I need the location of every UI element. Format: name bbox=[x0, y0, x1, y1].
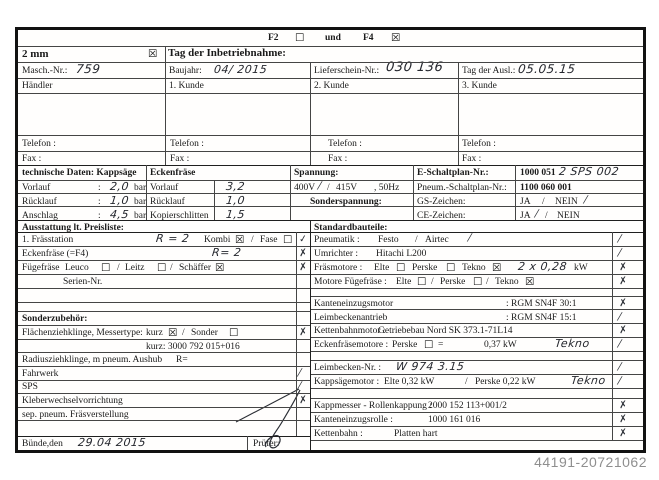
kleberwechsel-row-mark: ✗ bbox=[298, 394, 308, 406]
grid-line bbox=[165, 46, 166, 165]
kunde2-label: 2. Kunde bbox=[314, 80, 349, 93]
grid-line bbox=[18, 325, 310, 326]
f2-label: F2 bbox=[268, 32, 279, 45]
baujahr-label: Baujahr: bbox=[169, 65, 202, 78]
telefon-label: Telefon : bbox=[328, 138, 362, 151]
leimbecken-nr-handwritten: W 974 3.15 bbox=[395, 361, 465, 373]
ort-datum-label: Bünde,den bbox=[22, 438, 63, 451]
tekno-checkbox: ☒ bbox=[492, 262, 501, 274]
leimbeckenantrieb-row-mark: ⁄ bbox=[618, 312, 621, 323]
leimbecken-nr-row-mark: ⁄ bbox=[618, 362, 621, 373]
gs-nein: NEIN bbox=[555, 196, 578, 209]
ce-slash: / bbox=[545, 210, 548, 223]
grid-line bbox=[18, 302, 310, 303]
eckenfraesemotore-row-mark: ⁄ bbox=[618, 339, 621, 350]
motore-fuegefraese-row-mark: ✗ bbox=[618, 275, 628, 287]
f2-checkbox: ☐ bbox=[295, 32, 304, 44]
ce-check-mark: ⁄ bbox=[535, 209, 538, 220]
grid-line bbox=[310, 374, 643, 375]
grid-line bbox=[18, 366, 310, 367]
kurz-checkbox: ☒ bbox=[168, 327, 177, 339]
datum-value: 29.04 2015 bbox=[77, 437, 146, 449]
kappsaege-header: technische Daten: Kappsäge bbox=[22, 167, 137, 180]
grid-line bbox=[310, 260, 643, 261]
grid-line bbox=[18, 274, 310, 275]
grid-line bbox=[310, 440, 643, 441]
grid-line bbox=[18, 393, 310, 394]
telefon-label: Telefon : bbox=[22, 138, 56, 151]
tekno-checkbox: ☒ bbox=[525, 276, 534, 288]
mm-checkbox: ☒ bbox=[148, 48, 157, 60]
grid-line bbox=[310, 351, 643, 352]
grid-line bbox=[310, 412, 643, 413]
grid-line bbox=[18, 232, 643, 233]
haendler-label: Händler bbox=[22, 80, 53, 93]
grid-line bbox=[18, 352, 310, 353]
grid-line bbox=[247, 436, 248, 450]
perske-checkbox: ☐ bbox=[473, 276, 482, 288]
grid-line bbox=[18, 180, 643, 181]
kopierschlitten-label: Kopierschlitten bbox=[150, 210, 209, 223]
sonderspannung-label: Sonderspannung: bbox=[310, 196, 382, 209]
telefon-label: Telefon : bbox=[170, 138, 204, 151]
perske-checkbox: ☐ bbox=[424, 339, 433, 351]
grid-line bbox=[18, 311, 310, 312]
sonder-checkbox: ☐ bbox=[229, 327, 238, 339]
grid-line bbox=[310, 360, 643, 361]
vorlauf-value: 2,0 bbox=[109, 181, 129, 193]
grid-line bbox=[310, 220, 311, 450]
kappsaegemotor-row-mark: ⁄ bbox=[618, 376, 621, 387]
inbetriebnahme-label: Tag der Inbetriebnahme: bbox=[168, 46, 286, 60]
grid-line bbox=[18, 246, 310, 247]
gs-ja: JA bbox=[520, 196, 531, 209]
grid-line bbox=[18, 420, 310, 421]
elte-checkbox: ☐ bbox=[396, 262, 405, 274]
ausl-label: Tag der Ausl.: bbox=[462, 65, 515, 78]
eschaltplan-value-handwritten: 2 SPS 002 bbox=[558, 166, 619, 178]
eckenfraesemotore-tekno-handwritten: Tekno bbox=[554, 338, 590, 350]
grid-line bbox=[18, 220, 643, 221]
fahrwerk-row-mark: ⁄ bbox=[298, 368, 301, 379]
grid-line bbox=[290, 165, 291, 220]
grid-line bbox=[18, 46, 643, 47]
grid-line bbox=[310, 337, 643, 338]
grid-line bbox=[413, 165, 414, 220]
kunde3-label: 3. Kunde bbox=[462, 80, 497, 93]
grid-line bbox=[18, 288, 310, 289]
eck-ruecklauf-label: Rücklauf bbox=[150, 196, 185, 209]
fraesstation-r-value: R = 2 bbox=[155, 233, 190, 245]
gs-slash: / bbox=[542, 196, 545, 209]
schaeffer-checkbox: ☒ bbox=[215, 262, 224, 274]
f4-label: F4 bbox=[363, 32, 374, 45]
bar-unit: bar bbox=[134, 210, 146, 223]
grid-line bbox=[18, 260, 310, 261]
eckenfraese-r-value: R= 2 bbox=[211, 247, 242, 259]
kunde1-label: 1. Kunde bbox=[169, 80, 204, 93]
grid-line bbox=[18, 193, 643, 194]
ruecklauf-label: Rücklauf bbox=[22, 196, 57, 209]
gs-check-mark: ⁄ bbox=[584, 195, 587, 206]
masch-nr-value: 759 bbox=[75, 63, 101, 75]
grid-line bbox=[18, 151, 643, 152]
ce-zeichen-label: CE-Zeichen: bbox=[417, 210, 466, 223]
grid-line bbox=[18, 93, 643, 94]
grid-line bbox=[310, 288, 643, 289]
umrichter-row-mark: ⁄ bbox=[618, 248, 621, 259]
eckenfraese-row-mark: ✗ bbox=[298, 247, 308, 259]
fase-checkbox: ☐ bbox=[283, 234, 292, 246]
spannung-check-mark: ⁄ bbox=[318, 181, 321, 192]
pruefer-label: Prüfer: bbox=[253, 438, 279, 451]
machine-data-form: F2 ☐ und F4 ☒ 2 mm ☒ Tag der Inbetriebna… bbox=[15, 27, 646, 453]
fraesstation-row-mark: ✓ bbox=[298, 233, 308, 245]
ce-ja: JA bbox=[520, 210, 531, 223]
grid-line bbox=[18, 206, 643, 207]
grid-line bbox=[18, 135, 643, 136]
grid-line bbox=[515, 165, 516, 220]
pneumatik-row-mark: ⁄ bbox=[618, 234, 621, 245]
lieferschein-value: 030 136 bbox=[385, 62, 444, 74]
grid-line bbox=[310, 246, 643, 247]
ce-nein: NEIN bbox=[557, 210, 580, 223]
grid-line bbox=[18, 436, 310, 437]
grid-line bbox=[18, 62, 643, 63]
spannung-header: Spannung: bbox=[294, 167, 338, 180]
fuegefraese-row-mark: ✗ bbox=[298, 261, 308, 273]
kettenbahn-row-mark: ✗ bbox=[618, 427, 628, 439]
kappsaegemotor-tekno-handwritten: Tekno bbox=[570, 375, 606, 387]
f4-checkbox: ☒ bbox=[391, 32, 400, 44]
grid-line bbox=[310, 426, 643, 427]
grid-line bbox=[310, 309, 643, 310]
telefon-label: Telefon : bbox=[462, 138, 496, 151]
mm-label: 2 mm bbox=[22, 47, 49, 61]
grid-line bbox=[310, 296, 643, 297]
masch-nr-label: Masch.-Nr.: bbox=[22, 65, 67, 78]
sps-row-mark: ⁄ bbox=[298, 381, 301, 392]
grid-line bbox=[310, 388, 643, 389]
grid-line bbox=[18, 78, 643, 79]
fraesmotore-row-mark: ✗ bbox=[618, 261, 628, 273]
eck-vorlauf-value: 3,2 bbox=[225, 181, 245, 193]
scanned-form-page: ⚙ F2 ☐ und F4 ☒ 2 mm ☒ Tag der Inbetrieb… bbox=[0, 0, 659, 480]
grid-line bbox=[18, 165, 643, 166]
elte-checkbox: ☐ bbox=[417, 276, 426, 288]
baujahr-value: 04/ 2015 bbox=[213, 64, 267, 76]
grid-line bbox=[18, 339, 310, 340]
grid-line bbox=[214, 180, 215, 220]
kappmesser-row-mark: ✗ bbox=[618, 399, 628, 411]
bar-unit: bar bbox=[134, 196, 146, 209]
grid-line bbox=[310, 274, 643, 275]
grid-line bbox=[458, 62, 459, 165]
eckenfraese-header: Eckenfräse bbox=[150, 167, 195, 180]
lieferschein-label: Lieferschein-Nr.: bbox=[314, 65, 379, 78]
grid-line bbox=[310, 323, 643, 324]
grid-line bbox=[146, 165, 147, 220]
grid-line bbox=[310, 398, 643, 399]
grid-line bbox=[18, 407, 310, 408]
kombi-checkbox: ☒ bbox=[235, 234, 244, 246]
kanteneinzugsrolle-row-mark: ✗ bbox=[618, 413, 628, 425]
colon: : bbox=[98, 196, 101, 209]
leuco-checkbox: ☐ bbox=[101, 262, 110, 274]
fraesmotore-kw-handwritten: 2 x 0,28 bbox=[517, 261, 567, 273]
grid-line bbox=[310, 62, 311, 165]
kettenbahnmotor-row-mark: ✗ bbox=[618, 324, 628, 336]
leitz-checkbox: ☐ bbox=[157, 262, 166, 274]
flaechenziehklinge-row-mark: ✗ bbox=[298, 326, 308, 338]
ausl-value: 05.05.15 bbox=[517, 63, 576, 75]
listing-id-code: 44191-20721062 bbox=[534, 454, 647, 470]
grid-line bbox=[18, 380, 310, 381]
und-label: und bbox=[325, 32, 341, 45]
kanteneinzugsmotor-row-mark: ✗ bbox=[618, 297, 628, 309]
grid-line bbox=[612, 232, 613, 440]
perske-checkbox: ☐ bbox=[446, 262, 455, 274]
grid-line bbox=[296, 232, 297, 436]
airtec-check-mark: ⁄ bbox=[468, 233, 471, 244]
gs-zeichen-label: GS-Zeichen: bbox=[417, 196, 466, 209]
eschaltplan-label: E-Schaltplan-Nr.: bbox=[417, 167, 489, 180]
eschaltplan-value-printed: 1000 051 bbox=[520, 167, 556, 180]
